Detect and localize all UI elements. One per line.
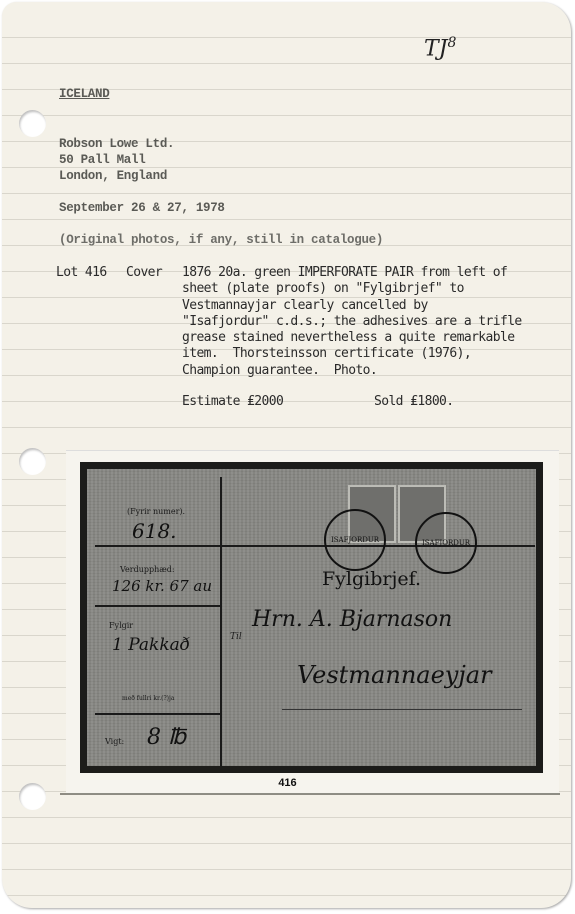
estimate: Estimate ₤2000 (182, 394, 283, 410)
form-label-weight: Vigt: (105, 737, 124, 746)
postmark-left: ISAFJORDUR (324, 509, 386, 571)
sold-price: Sold ₤1800. (374, 394, 454, 410)
form-label-amount: Verdupphæd: (120, 565, 175, 574)
address-rule (282, 709, 522, 710)
punch-hole (19, 110, 46, 137)
reference-mark: TJ8 (424, 35, 456, 61)
punch-hole (19, 448, 46, 475)
lot-number: Lot 416 (56, 265, 107, 281)
form-divider (220, 477, 222, 766)
auctioneer-address-line1: 50 Pall Mall (59, 152, 145, 168)
auctioneer-address-line2: London, England (59, 168, 167, 184)
cover-photo: (Fyrir numer). 618. Verdupphæd: 126 kr. … (80, 462, 543, 773)
lot-description-line: item. Thorsteinsson certificate (1976), (182, 346, 522, 362)
postmark-right: ISAFJORDUR (415, 512, 477, 574)
mount-edge (60, 793, 560, 795)
lot-description-line: sheet (plate proofs) on "Fylgibrjef" to (182, 281, 522, 297)
form-rule (95, 605, 222, 607)
form-label-number: (Fyrir numer). (127, 507, 185, 516)
printed-title: Fylgibrjef. (322, 568, 421, 590)
auctioneer-name: Robson Lowe Ltd. (59, 136, 174, 152)
addressee: Hrn. A. Bjarnason (252, 607, 452, 632)
lot-type: Cover (126, 265, 162, 281)
lot-description-line: Champion guarantee. Photo. (182, 363, 522, 379)
destination: Vestmannaeyjar (297, 661, 492, 689)
photo-note: (Original photos, if any, still in catal… (59, 232, 383, 248)
lot-description: 1876 20a. green IMPERFORATE PAIR from le… (182, 265, 522, 379)
lot-description-line: "Isafjordur" c.d.s.; the adhesives are a… (182, 314, 522, 330)
photo-caption: 416 (0, 777, 575, 789)
country-heading: ICELAND (59, 86, 109, 102)
form-value-number: 618. (132, 519, 177, 543)
form-label-full: með fullri kr.(?)ja (122, 695, 174, 702)
lot-description-line: 1876 20a. green IMPERFORATE PAIR from le… (182, 265, 522, 281)
sale-dates: September 26 & 27, 1978 (59, 200, 225, 216)
lot-description-line: Vestmannayjar clearly cancelled by (182, 298, 522, 314)
to-label: Til (230, 632, 242, 642)
lot-description-line: grease stained nevertheless a quite rema… (182, 330, 522, 346)
form-label-enclosure: Fylgir (109, 621, 133, 630)
form-value-weight: 8 ℔ (147, 725, 186, 750)
form-value-enclosure: 1 Pakkað (112, 635, 190, 655)
form-rule (95, 713, 222, 715)
form-value-amount: 126 kr. 67 au (112, 577, 212, 595)
